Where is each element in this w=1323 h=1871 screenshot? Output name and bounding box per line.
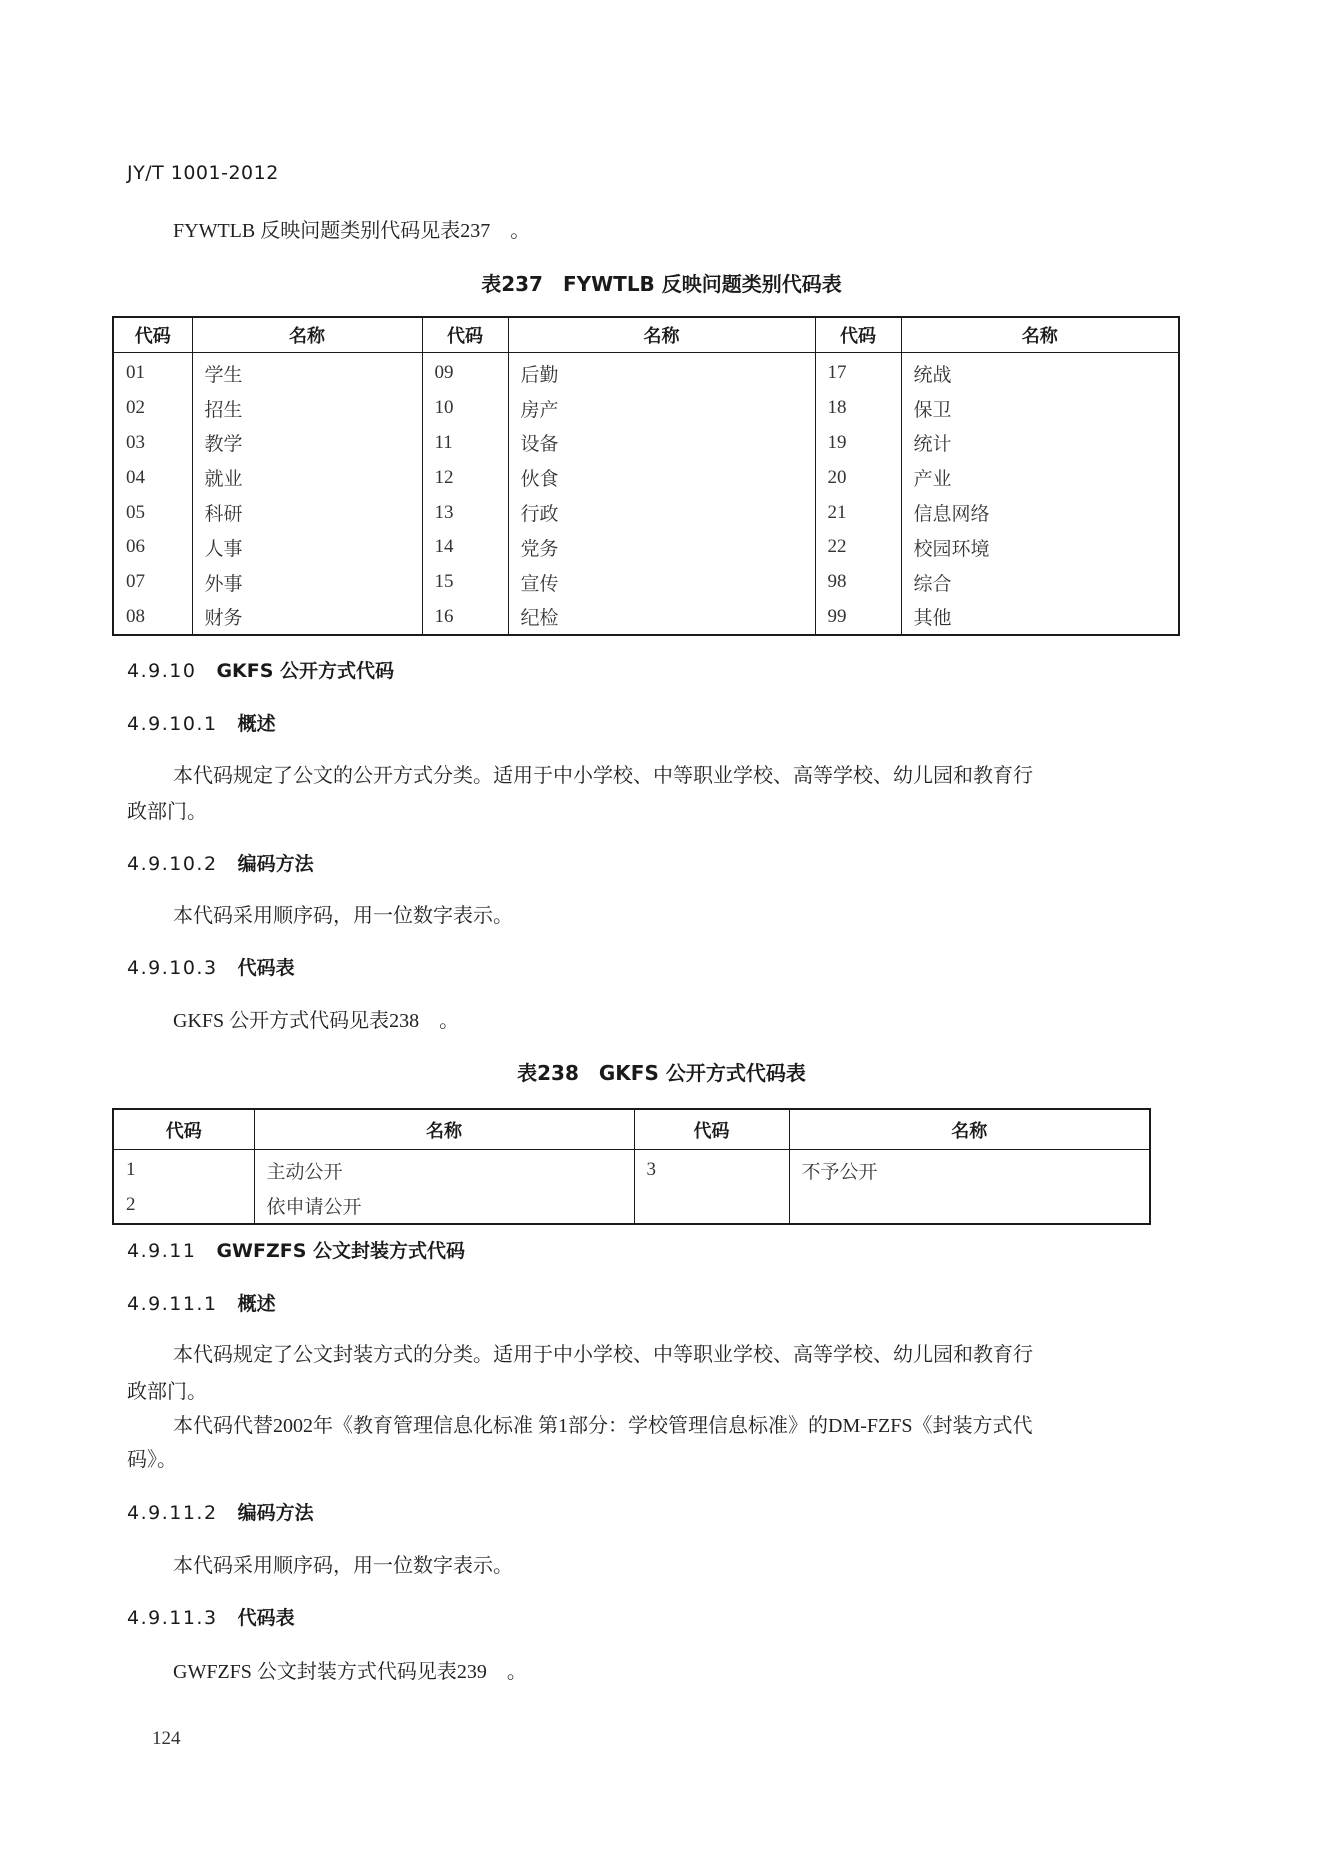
table-237: 代码 名称 代码 名称 代码 名称 01 学生 09 后勤 17 统战 02 招… — [112, 316, 1180, 636]
section-heading-4-9-10-3: 4.9.10.3代码表 — [127, 956, 295, 980]
paragraph-line: 本代码采用顺序码，用一位数字表示。 — [173, 904, 513, 928]
code-cell: 04 — [113, 460, 192, 495]
column-header-name: 名称 — [192, 317, 422, 353]
paragraph-line: 本代码规定了公文的公开方式分类。适用于中小学校、中等职业学校、高等学校、幼儿园和… — [173, 764, 1033, 788]
code-cell: 02 — [113, 391, 192, 426]
paragraph-line: 政部门。 — [127, 800, 207, 824]
table-row: 1 主动公开 3 不予公开 — [113, 1150, 1150, 1188]
paragraph-line: 本代码规定了公文封装方式的分类。适用于中小学校、中等职业学校、高等学校、幼儿园和… — [173, 1343, 1033, 1367]
name-cell: 财务 — [192, 600, 422, 636]
section-title: 编码方法 — [238, 853, 314, 875]
name-cell: 设备 — [508, 426, 815, 461]
name-cell: 外事 — [192, 565, 422, 600]
table-row: 08 财务 16 纪检 99 其他 — [113, 600, 1179, 636]
code-cell: 21 — [815, 495, 901, 530]
code-cell: 2 — [113, 1188, 254, 1224]
section-title: 概述 — [238, 1293, 276, 1315]
name-cell: 统计 — [901, 426, 1179, 461]
table-row: 06 人事 14 党务 22 校园环境 — [113, 530, 1179, 565]
name-cell: 统战 — [901, 353, 1179, 391]
section-title: 编码方法 — [238, 1502, 314, 1524]
code-cell: 1 — [113, 1150, 254, 1188]
code-cell: 14 — [422, 530, 508, 565]
name-cell: 不予公开 — [789, 1150, 1150, 1188]
code-cell: 03 — [113, 426, 192, 461]
column-header-name: 名称 — [789, 1109, 1150, 1150]
section-number: 4.9.10.3 — [127, 957, 218, 979]
name-cell: 招生 — [192, 391, 422, 426]
table-238-reference: GKFS 公开方式代码见表238 。 — [173, 1009, 459, 1033]
name-cell: 综合 — [901, 565, 1179, 600]
column-header-name: 名称 — [901, 317, 1179, 353]
code-cell: 07 — [113, 565, 192, 600]
table-row: 04 就业 12 伙食 20 产业 — [113, 460, 1179, 495]
table-237-reference: FYWTLB 反映问题类别代码见表237 。 — [173, 219, 530, 243]
section-title: 代码表 — [238, 957, 295, 979]
paragraph-line: 本代码代替2002年《教育管理信息化标准 第1部分：学校管理信息标准》的DM-F… — [173, 1414, 1032, 1438]
name-cell: 学生 — [192, 353, 422, 391]
section-number: 4.9.10 — [127, 660, 196, 682]
code-cell — [634, 1188, 789, 1224]
table-row: 02 招生 10 房产 18 保卫 — [113, 391, 1179, 426]
name-cell — [789, 1188, 1150, 1224]
column-header-name: 名称 — [254, 1109, 634, 1150]
section-number: 4.9.11.1 — [127, 1293, 218, 1315]
code-cell: 3 — [634, 1150, 789, 1188]
column-header-code: 代码 — [113, 1109, 254, 1150]
table-row: 01 学生 09 后勤 17 统战 — [113, 353, 1179, 391]
table-237-caption: 表237 FYWTLB 反映问题类别代码表 — [0, 272, 1323, 296]
section-number: 4.9.11.2 — [127, 1502, 218, 1524]
paragraph-line: 政部门。 — [127, 1380, 207, 1404]
code-cell: 12 — [422, 460, 508, 495]
code-cell: 19 — [815, 426, 901, 461]
code-cell: 15 — [422, 565, 508, 600]
name-cell: 纪检 — [508, 600, 815, 636]
table-239-reference: GWFZFS 公文封装方式代码见表239 。 — [173, 1660, 527, 1684]
paragraph-line: 本代码采用顺序码，用一位数字表示。 — [173, 1554, 513, 1578]
code-cell: 06 — [113, 530, 192, 565]
name-cell: 房产 — [508, 391, 815, 426]
column-header-name: 名称 — [508, 317, 815, 353]
section-title: 概述 — [238, 713, 276, 735]
code-cell: 18 — [815, 391, 901, 426]
section-title: 代码表 — [238, 1607, 295, 1629]
name-cell: 科研 — [192, 495, 422, 530]
name-cell: 依申请公开 — [254, 1188, 634, 1224]
table-row: 03 教学 11 设备 19 统计 — [113, 426, 1179, 461]
section-heading-4-9-11-3: 4.9.11.3代码表 — [127, 1606, 295, 1630]
code-cell: 09 — [422, 353, 508, 391]
table-238-caption: 表238 GKFS 公开方式代码表 — [0, 1061, 1323, 1085]
name-cell: 主动公开 — [254, 1150, 634, 1188]
section-title: GKFS 公开方式代码 — [216, 660, 394, 682]
code-cell: 11 — [422, 426, 508, 461]
name-cell: 其他 — [901, 600, 1179, 636]
section-heading-4-9-11: 4.9.11GWFZFS 公文封装方式代码 — [127, 1239, 465, 1263]
name-cell: 人事 — [192, 530, 422, 565]
section-heading-4-9-11-2: 4.9.11.2编码方法 — [127, 1501, 314, 1525]
table-header-row: 代码 名称 代码 名称 代码 名称 — [113, 317, 1179, 353]
code-cell: 98 — [815, 565, 901, 600]
code-cell: 13 — [422, 495, 508, 530]
name-cell: 信息网络 — [901, 495, 1179, 530]
section-number: 4.9.10.1 — [127, 713, 218, 735]
name-cell: 教学 — [192, 426, 422, 461]
name-cell: 后勤 — [508, 353, 815, 391]
table-row: 05 科研 13 行政 21 信息网络 — [113, 495, 1179, 530]
section-number: 4.9.11.3 — [127, 1607, 218, 1629]
table-header-row: 代码 名称 代码 名称 — [113, 1109, 1150, 1150]
section-title: GWFZFS 公文封装方式代码 — [216, 1240, 465, 1262]
table-row: 07 外事 15 宣传 98 综合 — [113, 565, 1179, 600]
section-number: 4.9.11 — [127, 1240, 196, 1262]
table-row: 2 依申请公开 — [113, 1188, 1150, 1224]
name-cell: 伙食 — [508, 460, 815, 495]
code-cell: 99 — [815, 600, 901, 636]
code-cell: 01 — [113, 353, 192, 391]
code-cell: 17 — [815, 353, 901, 391]
name-cell: 保卫 — [901, 391, 1179, 426]
column-header-code: 代码 — [422, 317, 508, 353]
name-cell: 产业 — [901, 460, 1179, 495]
section-number: 4.9.10.2 — [127, 853, 218, 875]
section-heading-4-9-10-1: 4.9.10.1概述 — [127, 712, 276, 736]
document-header: JY/T 1001-2012 — [127, 162, 279, 184]
column-header-code: 代码 — [113, 317, 192, 353]
page-number: 124 — [152, 1728, 181, 1750]
section-heading-4-9-10-2: 4.9.10.2编码方法 — [127, 852, 314, 876]
code-cell: 10 — [422, 391, 508, 426]
name-cell: 校园环境 — [901, 530, 1179, 565]
code-cell: 16 — [422, 600, 508, 636]
code-cell: 05 — [113, 495, 192, 530]
section-heading-4-9-11-1: 4.9.11.1概述 — [127, 1292, 276, 1316]
paragraph-line: 码》。 — [127, 1448, 177, 1472]
column-header-code: 代码 — [815, 317, 901, 353]
code-cell: 08 — [113, 600, 192, 636]
name-cell: 就业 — [192, 460, 422, 495]
code-cell: 20 — [815, 460, 901, 495]
section-heading-4-9-10: 4.9.10GKFS 公开方式代码 — [127, 659, 394, 683]
column-header-code: 代码 — [634, 1109, 789, 1150]
name-cell: 行政 — [508, 495, 815, 530]
name-cell: 党务 — [508, 530, 815, 565]
code-cell: 22 — [815, 530, 901, 565]
table-238: 代码 名称 代码 名称 1 主动公开 3 不予公开 2 依申请公开 — [112, 1108, 1151, 1225]
name-cell: 宣传 — [508, 565, 815, 600]
